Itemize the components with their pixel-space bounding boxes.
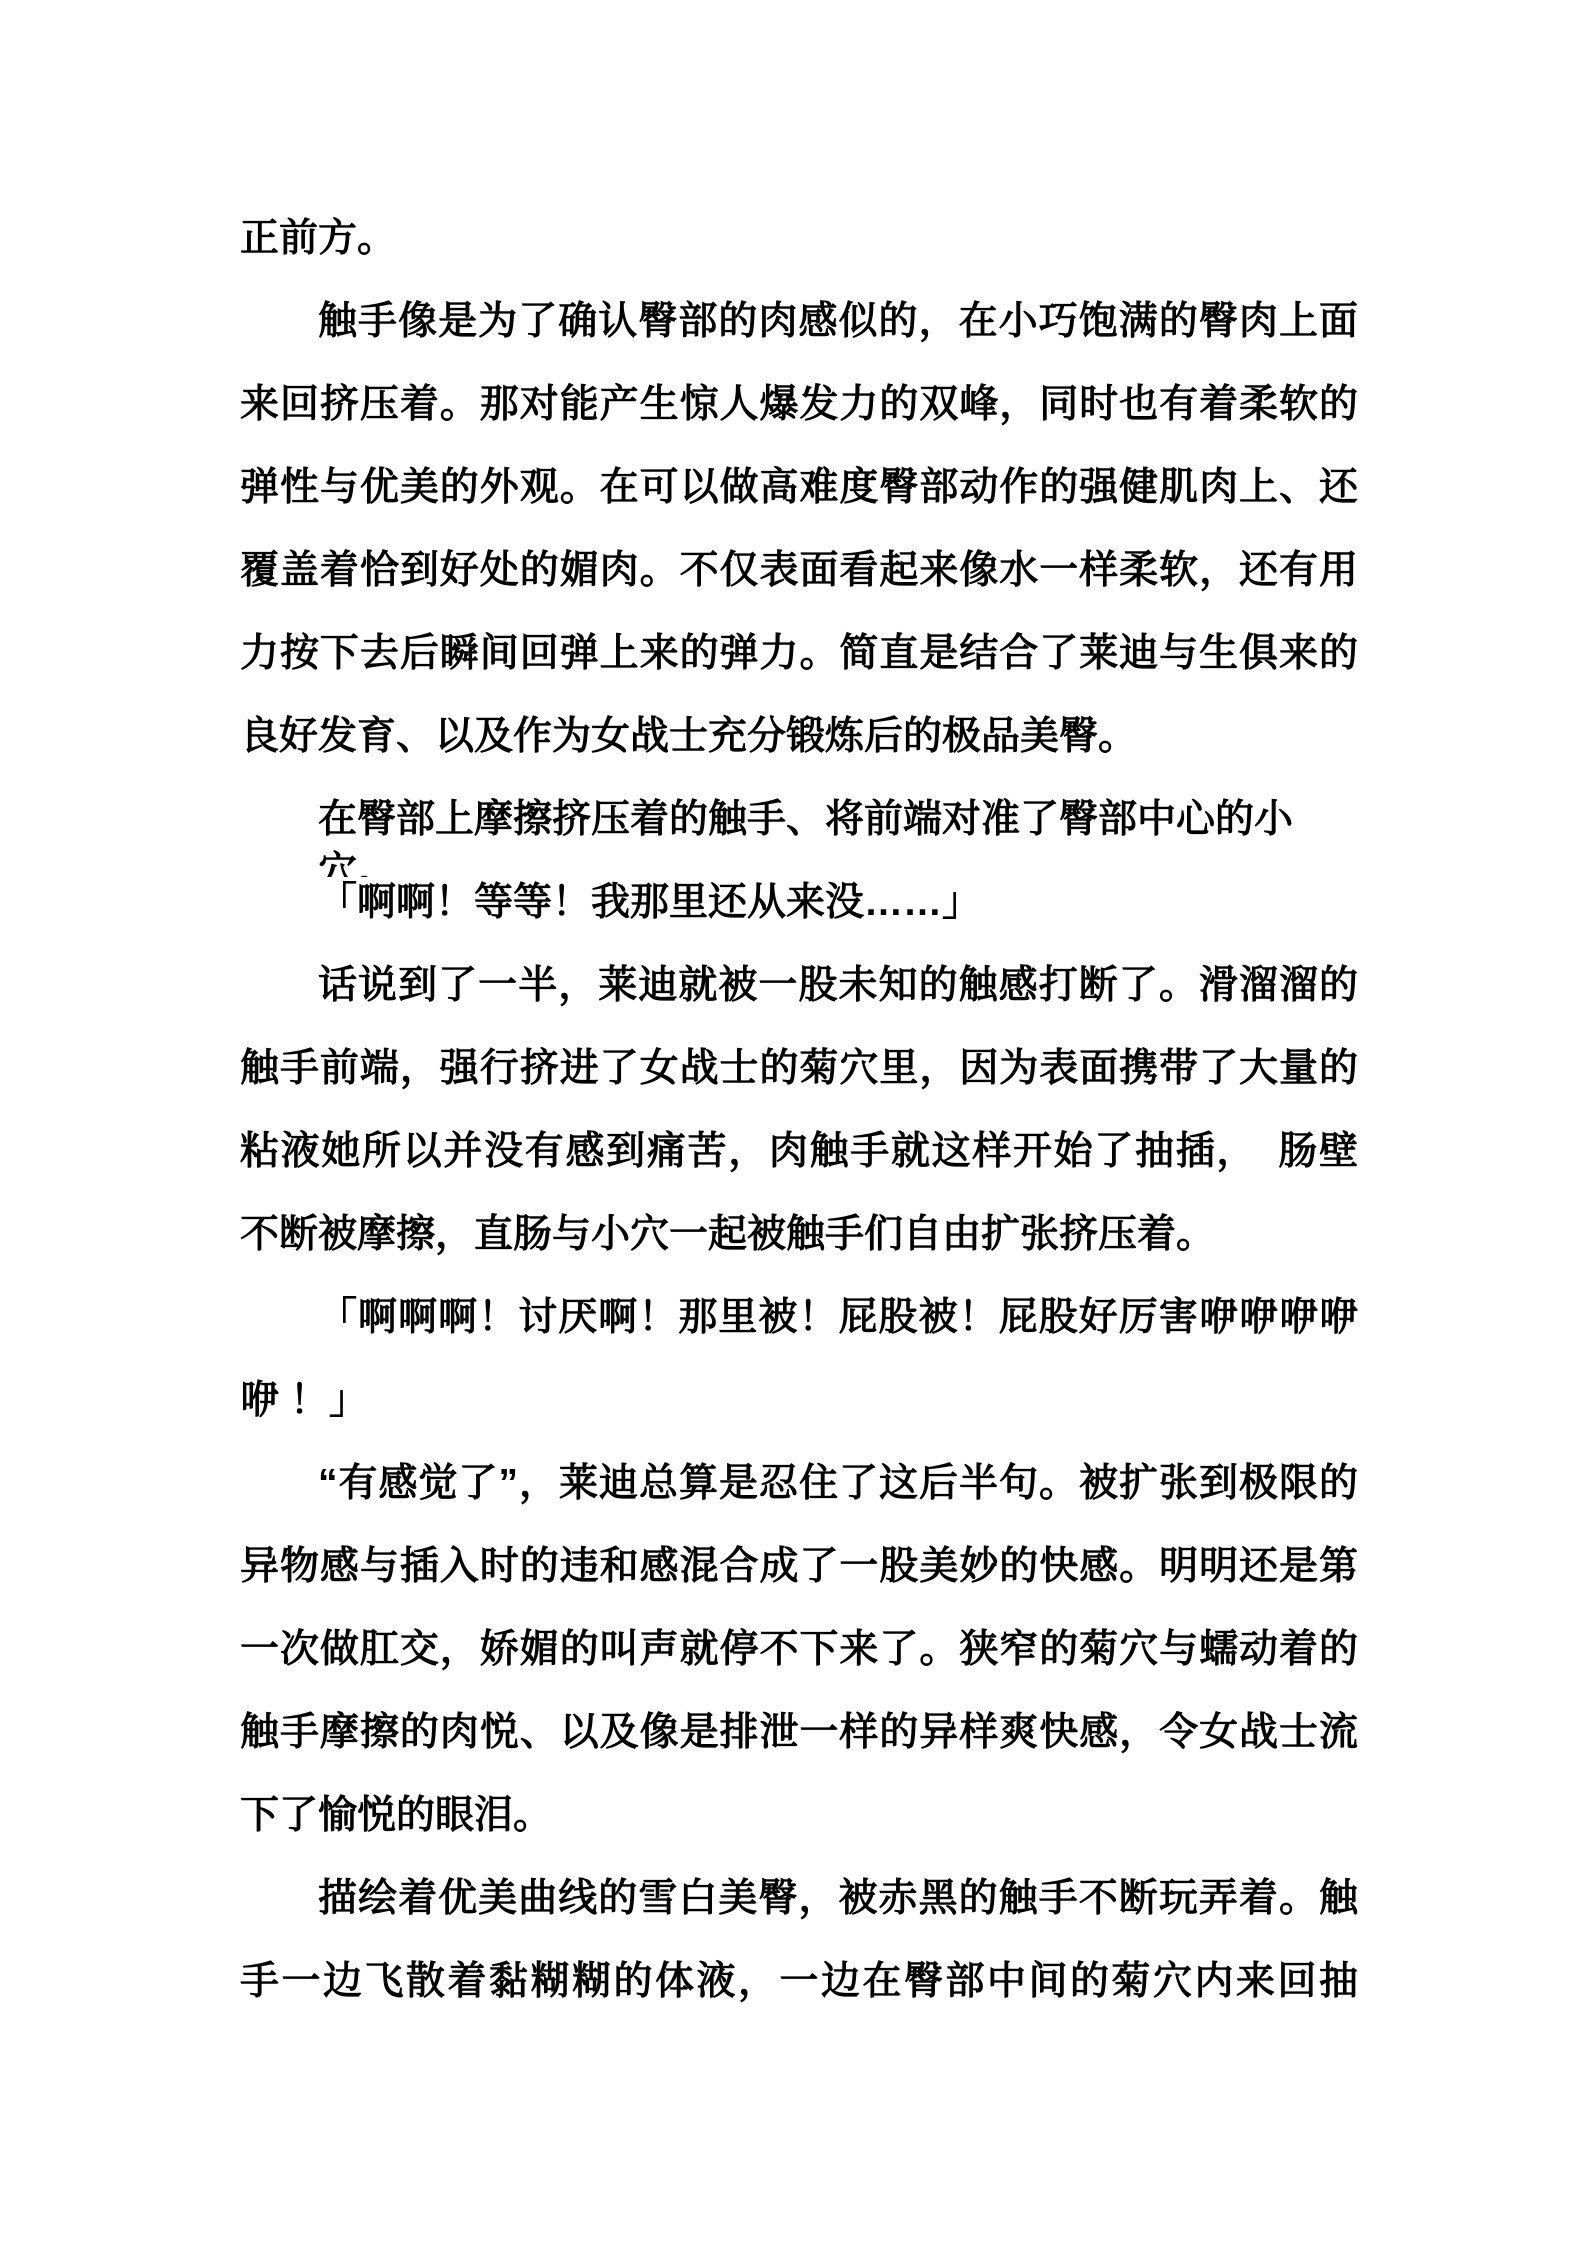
document-page: 正前方。 触手像是为了确认臀部的肉感似的，在小巧饱满的臀肉上面 来回挤压着。那对… bbox=[0, 0, 1587, 2245]
text-line: 粘液她所以并没有感到痛苦，肉触手就这样开始了抽插， 肠壁 bbox=[240, 1126, 1358, 1209]
text-line: 一次做肛交，娇媚的叫声就停不下来了。狭窄的菊穴与蠕动着的 bbox=[240, 1624, 1358, 1707]
text-line: 在臀部上摩擦挤压着的触手、将前端对准了臀部中心的小穴。 bbox=[240, 794, 1358, 877]
text-line: 手一边飞散着黏糊糊的体液，一边在臀部中间的菊穴内来回抽 bbox=[240, 1956, 1358, 2039]
text-line: 异物感与插入时的违和感混合成了一股美妙的快感。明明还是第 bbox=[240, 1541, 1358, 1624]
text-line: 良好发育、以及作为女战士充分锻炼后的极品美臀。 bbox=[240, 711, 1358, 794]
text-line: 「啊啊啊！讨厌啊！那里被！屁股被！屁股好厉害咿咿咿咿 bbox=[240, 1292, 1358, 1375]
text-line: 触手像是为了确认臀部的肉感似的，在小巧饱满的臀肉上面 bbox=[240, 296, 1358, 379]
text-line: 覆盖着恰到好处的媚肉。不仅表面看起来像水一样柔软，还有用 bbox=[240, 545, 1358, 628]
text-line: 触手摩擦的肉悦、以及像是排泄一样的异样爽快感，令女战士流 bbox=[240, 1707, 1358, 1790]
text-line: 不断被摩擦，直肠与小穴一起被触手们自由扩张挤压着。 bbox=[240, 1209, 1358, 1292]
text-line: 「啊啊！等等！我那里还从来没……」 bbox=[240, 877, 1358, 960]
text-line: 咿 ！」 bbox=[240, 1375, 1358, 1458]
text-line: 下了愉悦的眼泪。 bbox=[240, 1790, 1358, 1873]
text-line: 话说到了一半，莱迪就被一股未知的触感打断了。滑溜溜的 bbox=[240, 960, 1358, 1043]
text-line: 正前方。 bbox=[240, 213, 1358, 296]
text-line: 来回挤压着。那对能产生惊人爆发力的双峰，同时也有着柔软的 bbox=[240, 379, 1358, 462]
text-column: 正前方。 触手像是为了确认臀部的肉感似的，在小巧饱满的臀肉上面 来回挤压着。那对… bbox=[240, 213, 1358, 2039]
text-line: 弹性与优美的外观。在可以做高难度臀部动作的强健肌肉上、还 bbox=[240, 462, 1358, 545]
text-line: 触手前端，强行挤进了女战士的菊穴里，因为表面携带了大量的 bbox=[240, 1043, 1358, 1126]
text-line: 力按下去后瞬间回弹上来的弹力。简直是结合了莱迪与生俱来的 bbox=[240, 628, 1358, 711]
text-line: “有感觉了”，莱迪总算是忍住了这后半句。被扩张到极限的 bbox=[240, 1458, 1358, 1541]
text-line: 描绘着优美曲线的雪白美臀，被赤黑的触手不断玩弄着。触 bbox=[240, 1873, 1358, 1956]
